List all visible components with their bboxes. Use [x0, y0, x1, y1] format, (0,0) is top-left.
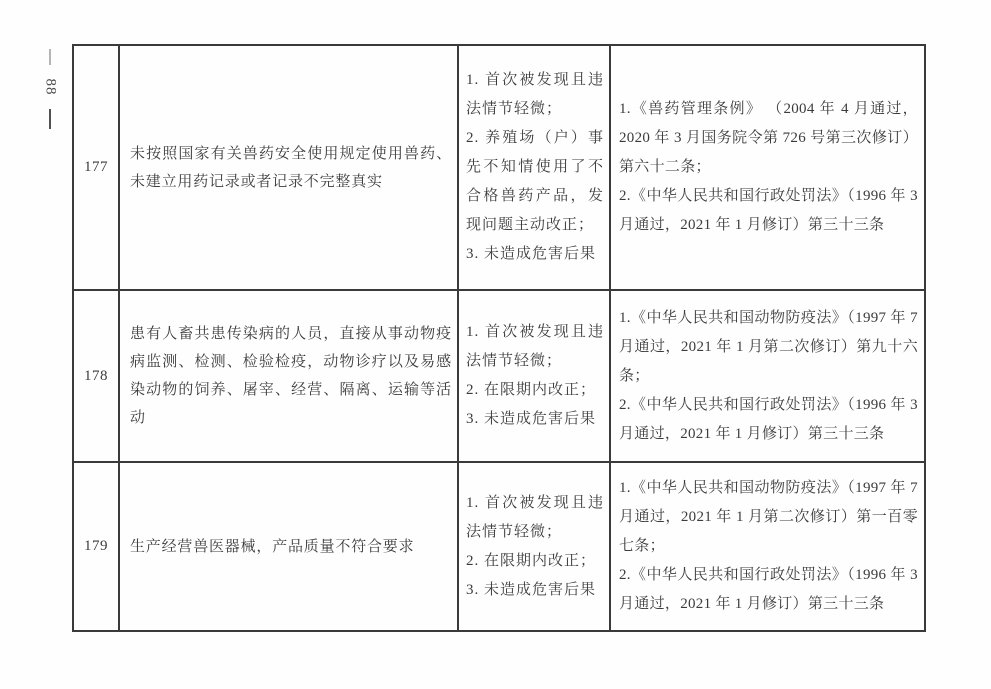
circumstance-item: 3. 未造成危害后果 — [466, 240, 604, 269]
page-number-dash — [49, 49, 51, 65]
circumstance-item: 2. 养殖场（户）事先不知情使用了不合格兽药产品，发现问题主动改正； — [466, 124, 604, 240]
legal-basis-item: 1.《中华人民共和国动物防疫法》（1997 年 7 月通过，2021 年 1 月… — [619, 474, 918, 561]
circumstances-cell: 1. 首次被发现且违法情节轻微； 2. 在限期内改正； 3. 未造成危害后果 — [458, 290, 610, 462]
legal-basis-cell: 1.《兽药管理条例》 （2004 年 4 月通过，2020 年 3 月国务院令第… — [610, 45, 925, 290]
document-page: 88 177 未按照国家有关兽药安全使用规定使用兽药、未建立用药记录或者记录不完… — [0, 0, 991, 689]
circumstance-item: 1. 首次被发现且违法情节轻微； — [466, 318, 604, 376]
violation-text: 生产经营兽医器械，产品质量不符合要求 — [130, 533, 452, 561]
row-number: 178 — [73, 290, 119, 462]
legal-basis-cell: 1.《中华人民共和国动物防疫法》（1997 年 7 月通过，2021 年 1 月… — [610, 290, 925, 462]
circumstances-cell: 1. 首次被发现且违法情节轻微； 2. 养殖场（户）事先不知情使用了不合格兽药产… — [458, 45, 610, 290]
table-row: 179 生产经营兽医器械，产品质量不符合要求 1. 首次被发现且违法情节轻微； … — [73, 462, 925, 631]
penalty-table: 177 未按照国家有关兽药安全使用规定使用兽药、未建立用药记录或者记录不完整真实… — [72, 44, 926, 632]
row-number: 177 — [73, 45, 119, 290]
legal-basis-item: 1.《兽药管理条例》 （2004 年 4 月通过，2020 年 3 月国务院令第… — [619, 95, 918, 182]
violation-text: 未按照国家有关兽药安全使用规定使用兽药、未建立用药记录或者记录不完整真实 — [130, 140, 452, 196]
page-number-dash — [49, 109, 51, 129]
circumstance-item: 3. 未造成危害后果 — [466, 405, 604, 434]
table-row: 178 患有人畜共患传染病的人员，直接从事动物疫病监测、检测、检验检疫，动物诊疗… — [73, 290, 925, 462]
legal-basis-item: 1.《中华人民共和国动物防疫法》（1997 年 7 月通过，2021 年 1 月… — [619, 304, 918, 391]
legal-basis-item: 2.《中华人民共和国行政处罚法》（1996 年 3 月通过，2021 年 1 月… — [619, 182, 918, 240]
circumstance-item: 2. 在限期内改正； — [466, 376, 604, 405]
legal-basis-item: 2.《中华人民共和国行政处罚法》（1996 年 3 月通过，2021 年 1 月… — [619, 391, 918, 449]
violation-cell: 未按照国家有关兽药安全使用规定使用兽药、未建立用药记录或者记录不完整真实 — [119, 45, 458, 290]
page-number-marker: 88 — [40, 49, 60, 129]
circumstances-cell: 1. 首次被发现且违法情节轻微； 2. 在限期内改正； 3. 未造成危害后果 — [458, 462, 610, 631]
violation-cell: 患有人畜共患传染病的人员，直接从事动物疫病监测、检测、检验检疫，动物诊疗以及易感… — [119, 290, 458, 462]
violation-text: 患有人畜共患传染病的人员，直接从事动物疫病监测、检测、检验检疫，动物诊疗以及易感… — [130, 320, 452, 432]
row-number: 179 — [73, 462, 119, 631]
legal-basis-cell: 1.《中华人民共和国动物防疫法》（1997 年 7 月通过，2021 年 1 月… — [610, 462, 925, 631]
legal-basis-item: 2.《中华人民共和国行政处罚法》（1996 年 3 月通过，2021 年 1 月… — [619, 561, 918, 619]
violation-cell: 生产经营兽医器械，产品质量不符合要求 — [119, 462, 458, 631]
circumstance-item: 1. 首次被发现且违法情节轻微； — [466, 66, 604, 124]
circumstance-item: 1. 首次被发现且违法情节轻微； — [466, 489, 604, 547]
circumstance-item: 2. 在限期内改正； — [466, 547, 604, 576]
table-row: 177 未按照国家有关兽药安全使用规定使用兽药、未建立用药记录或者记录不完整真实… — [73, 45, 925, 290]
circumstance-item: 3. 未造成危害后果 — [466, 576, 604, 605]
page-number: 88 — [41, 79, 59, 96]
